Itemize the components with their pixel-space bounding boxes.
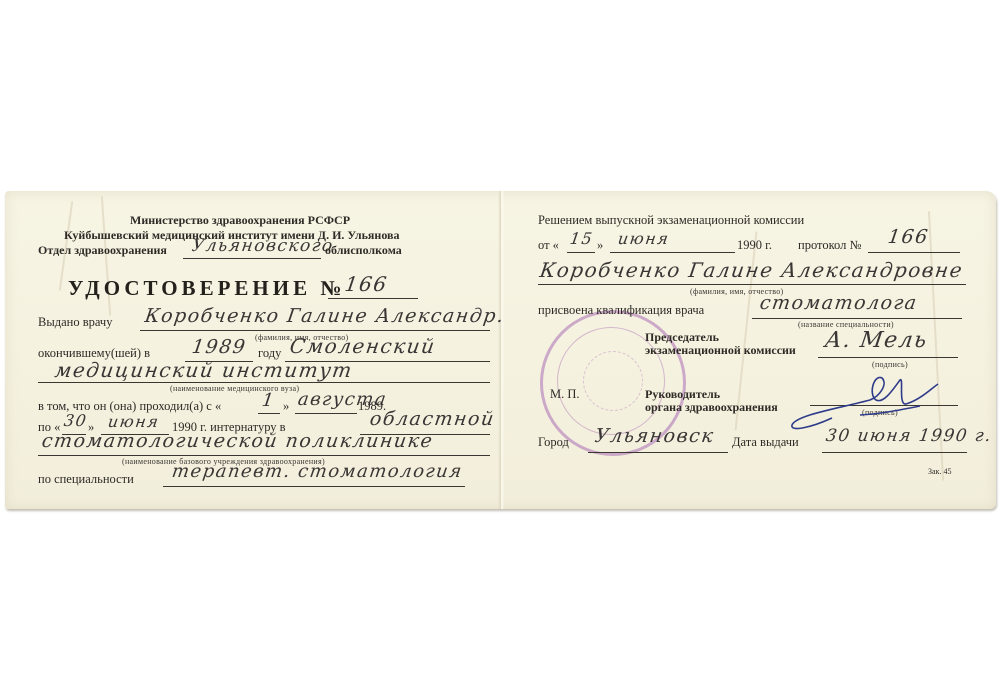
chairman-signature: А. Мель (823, 328, 929, 353)
issue-date-line (822, 452, 967, 453)
chairman-signature-line (818, 357, 958, 358)
decision-day: 15 (569, 229, 595, 248)
issue-date-value: 30 июня 1990 г. (825, 426, 994, 446)
start-day-close: » (283, 399, 289, 414)
ministry-header: Министерство здравоохранения РСФСР (130, 213, 350, 228)
decision-month: июня (617, 229, 671, 248)
university-value-1: Смоленский (288, 334, 437, 358)
protocol-label: протокол № (798, 238, 861, 253)
certificate-number-line (328, 298, 418, 299)
internship-end-month: июня (107, 412, 161, 431)
city-label: Город (538, 435, 569, 450)
chairman-label-2: экзаменационной комиссии (645, 343, 796, 358)
internship-end-day: 30 (63, 411, 89, 430)
decision-day-close: » (597, 238, 603, 253)
university-value-2: медицинский институт (53, 358, 354, 382)
head-label-2: органа здравоохранения (645, 400, 778, 415)
certificate-number: 166 (343, 272, 389, 296)
specialty-line (163, 486, 465, 487)
recipient-name-value: Коробченко Галине Александровне (538, 258, 965, 282)
city-value: Ульяновск (593, 425, 715, 447)
start-month-line (295, 413, 357, 414)
qualification-line (752, 318, 962, 319)
specialty-value: терапевт. стоматология (171, 461, 465, 482)
university-caption: (наименование медицинского вуза) (170, 384, 299, 393)
order-note: Зак. 45 (928, 467, 951, 476)
qualification-value: стоматолога (758, 292, 919, 314)
center-fold (498, 191, 504, 509)
base-institution-value-1: областной (368, 408, 496, 430)
seal-label: М. П. (550, 387, 580, 402)
protocol-number-line (868, 252, 960, 253)
seal-emblem (583, 351, 643, 411)
issued-to-line (140, 330, 490, 331)
certificate-title: УДОСТОВЕРЕНИЕ № (68, 276, 345, 301)
decision-text: Решением выпускной экзаменационной комис… (538, 213, 804, 228)
decision-day-line (567, 252, 595, 253)
department-value: Ульяновского (191, 236, 335, 256)
issue-date-label: Дата выдачи (732, 435, 799, 450)
recipient-name-line (538, 284, 966, 285)
decision-from-prefix: от « (538, 238, 559, 253)
city-line (588, 452, 728, 453)
department-label: Отдел здравоохранения (38, 243, 167, 258)
department-line (183, 258, 321, 259)
university-line-2 (38, 382, 490, 383)
base-institution-value-2: стоматологической поликлинике (40, 430, 434, 452)
specialty-label: по специальности (38, 472, 134, 487)
qualification-label: присвоена квалификация врача (538, 303, 704, 318)
issued-to-label: Выдано врачу (38, 315, 112, 330)
signature-caption-1: (подпись) (872, 360, 908, 369)
department-suffix: облисполкома (325, 243, 402, 258)
base-institution-line-2 (38, 455, 490, 456)
decision-month-line (610, 252, 735, 253)
decision-year: 1990 г. (737, 238, 772, 253)
protocol-number: 166 (886, 226, 930, 248)
start-day-line (258, 413, 280, 414)
issued-to-value: Коробченко Галине Александр. (143, 305, 506, 327)
graduation-year: 1989 (190, 336, 247, 358)
